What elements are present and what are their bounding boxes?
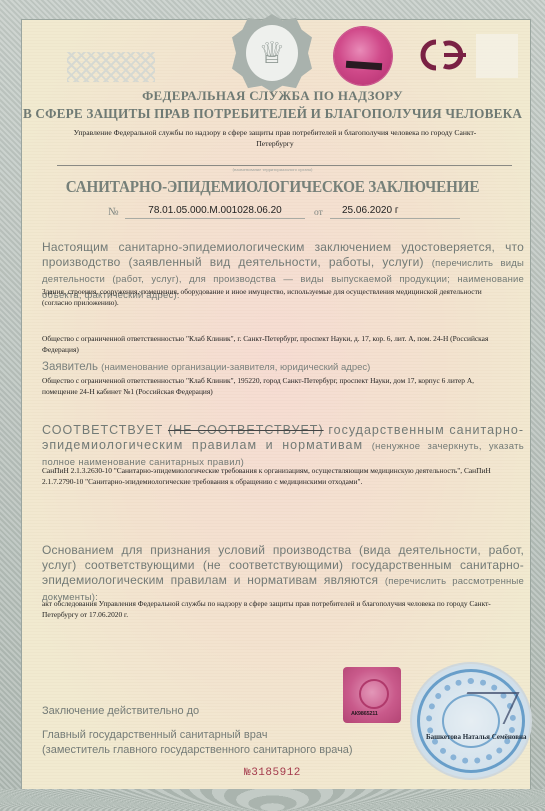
divider [57, 165, 512, 166]
signer-name: Башкетова Наталья Семёновна [426, 733, 527, 741]
applicant-value: Общество с ограниченной ответственностью… [42, 375, 502, 397]
compliance-label: СООТВЕТСТВУЕТ (НЕ СООТВЕТСТВУЕТ) государ… [42, 423, 524, 470]
coat-of-arms-icon: ♕ [246, 25, 298, 81]
guilloche-border-bottom [0, 789, 545, 811]
date-label: от [314, 208, 323, 218]
document-title: САНИТАРНО-ЭПИДЕМИОЛОГИЧЕСКОЕ ЗАКЛЮЧЕНИЕ [22, 177, 523, 197]
chief-doctor-title-line-1: Главный государственный санитарный врач [42, 728, 402, 743]
official-stamp-icon [410, 662, 532, 780]
hologram-circle-icon [334, 27, 392, 85]
valid-until-label: Заключение действительно до [42, 705, 199, 717]
applicant-label: Заявитель (наименование организации-заяв… [42, 361, 370, 373]
se-logo-icon [414, 35, 474, 75]
compliance-struck-word: (НЕ СООТВЕТСТВУЕТ) [168, 423, 324, 437]
agency-title-line-1: ФЕДЕРАЛЬНАЯ СЛУЖБА ПО НАДЗОРУ [0, 88, 545, 104]
hologram-serial: АК9865211 [351, 711, 378, 717]
applicant-label-hint: (наименование организации-заявителя, юри… [101, 362, 370, 373]
guilloche-pattern [67, 52, 155, 82]
blank-field [476, 34, 518, 78]
document-date: 25.06.2020 г [330, 205, 460, 219]
territorial-body-caption: (наименование территориального органа) [0, 167, 545, 172]
compliance-value: СанПиН 2.1.3.2630-10 "Санитарно-эпидемио… [42, 465, 502, 487]
subject-value: Здания, строения, сооружения, помещения,… [42, 286, 502, 308]
subject-address: Общество с ограниченной ответственностью… [42, 333, 502, 355]
territorial-body-name: Управление Федеральной службы по надзору… [60, 127, 490, 149]
chief-doctor-title: Главный государственный санитарный врач … [42, 728, 402, 758]
applicant-label-main: Заявитель [42, 361, 98, 373]
basis-label: Основанием для признания условий произво… [42, 543, 524, 605]
number-label: № [108, 206, 119, 218]
form-serial-number: №3185912 [0, 767, 545, 779]
chief-doctor-title-line-2: (заместитель главного государственного с… [42, 743, 402, 758]
compliance-word: СООТВЕТСТВУЕТ [42, 423, 163, 437]
hologram-square-icon: АК9865211 [343, 667, 401, 723]
agency-title-line-2: В СФЕРЕ ЗАЩИТЫ ПРАВ ПОТРЕБИТЕЛЕЙ И БЛАГО… [0, 106, 545, 122]
basis-value: акт обследования Управления Федеральной … [42, 598, 502, 620]
document-number: 78.01.05.000.М.001028.06.20 [125, 205, 305, 219]
